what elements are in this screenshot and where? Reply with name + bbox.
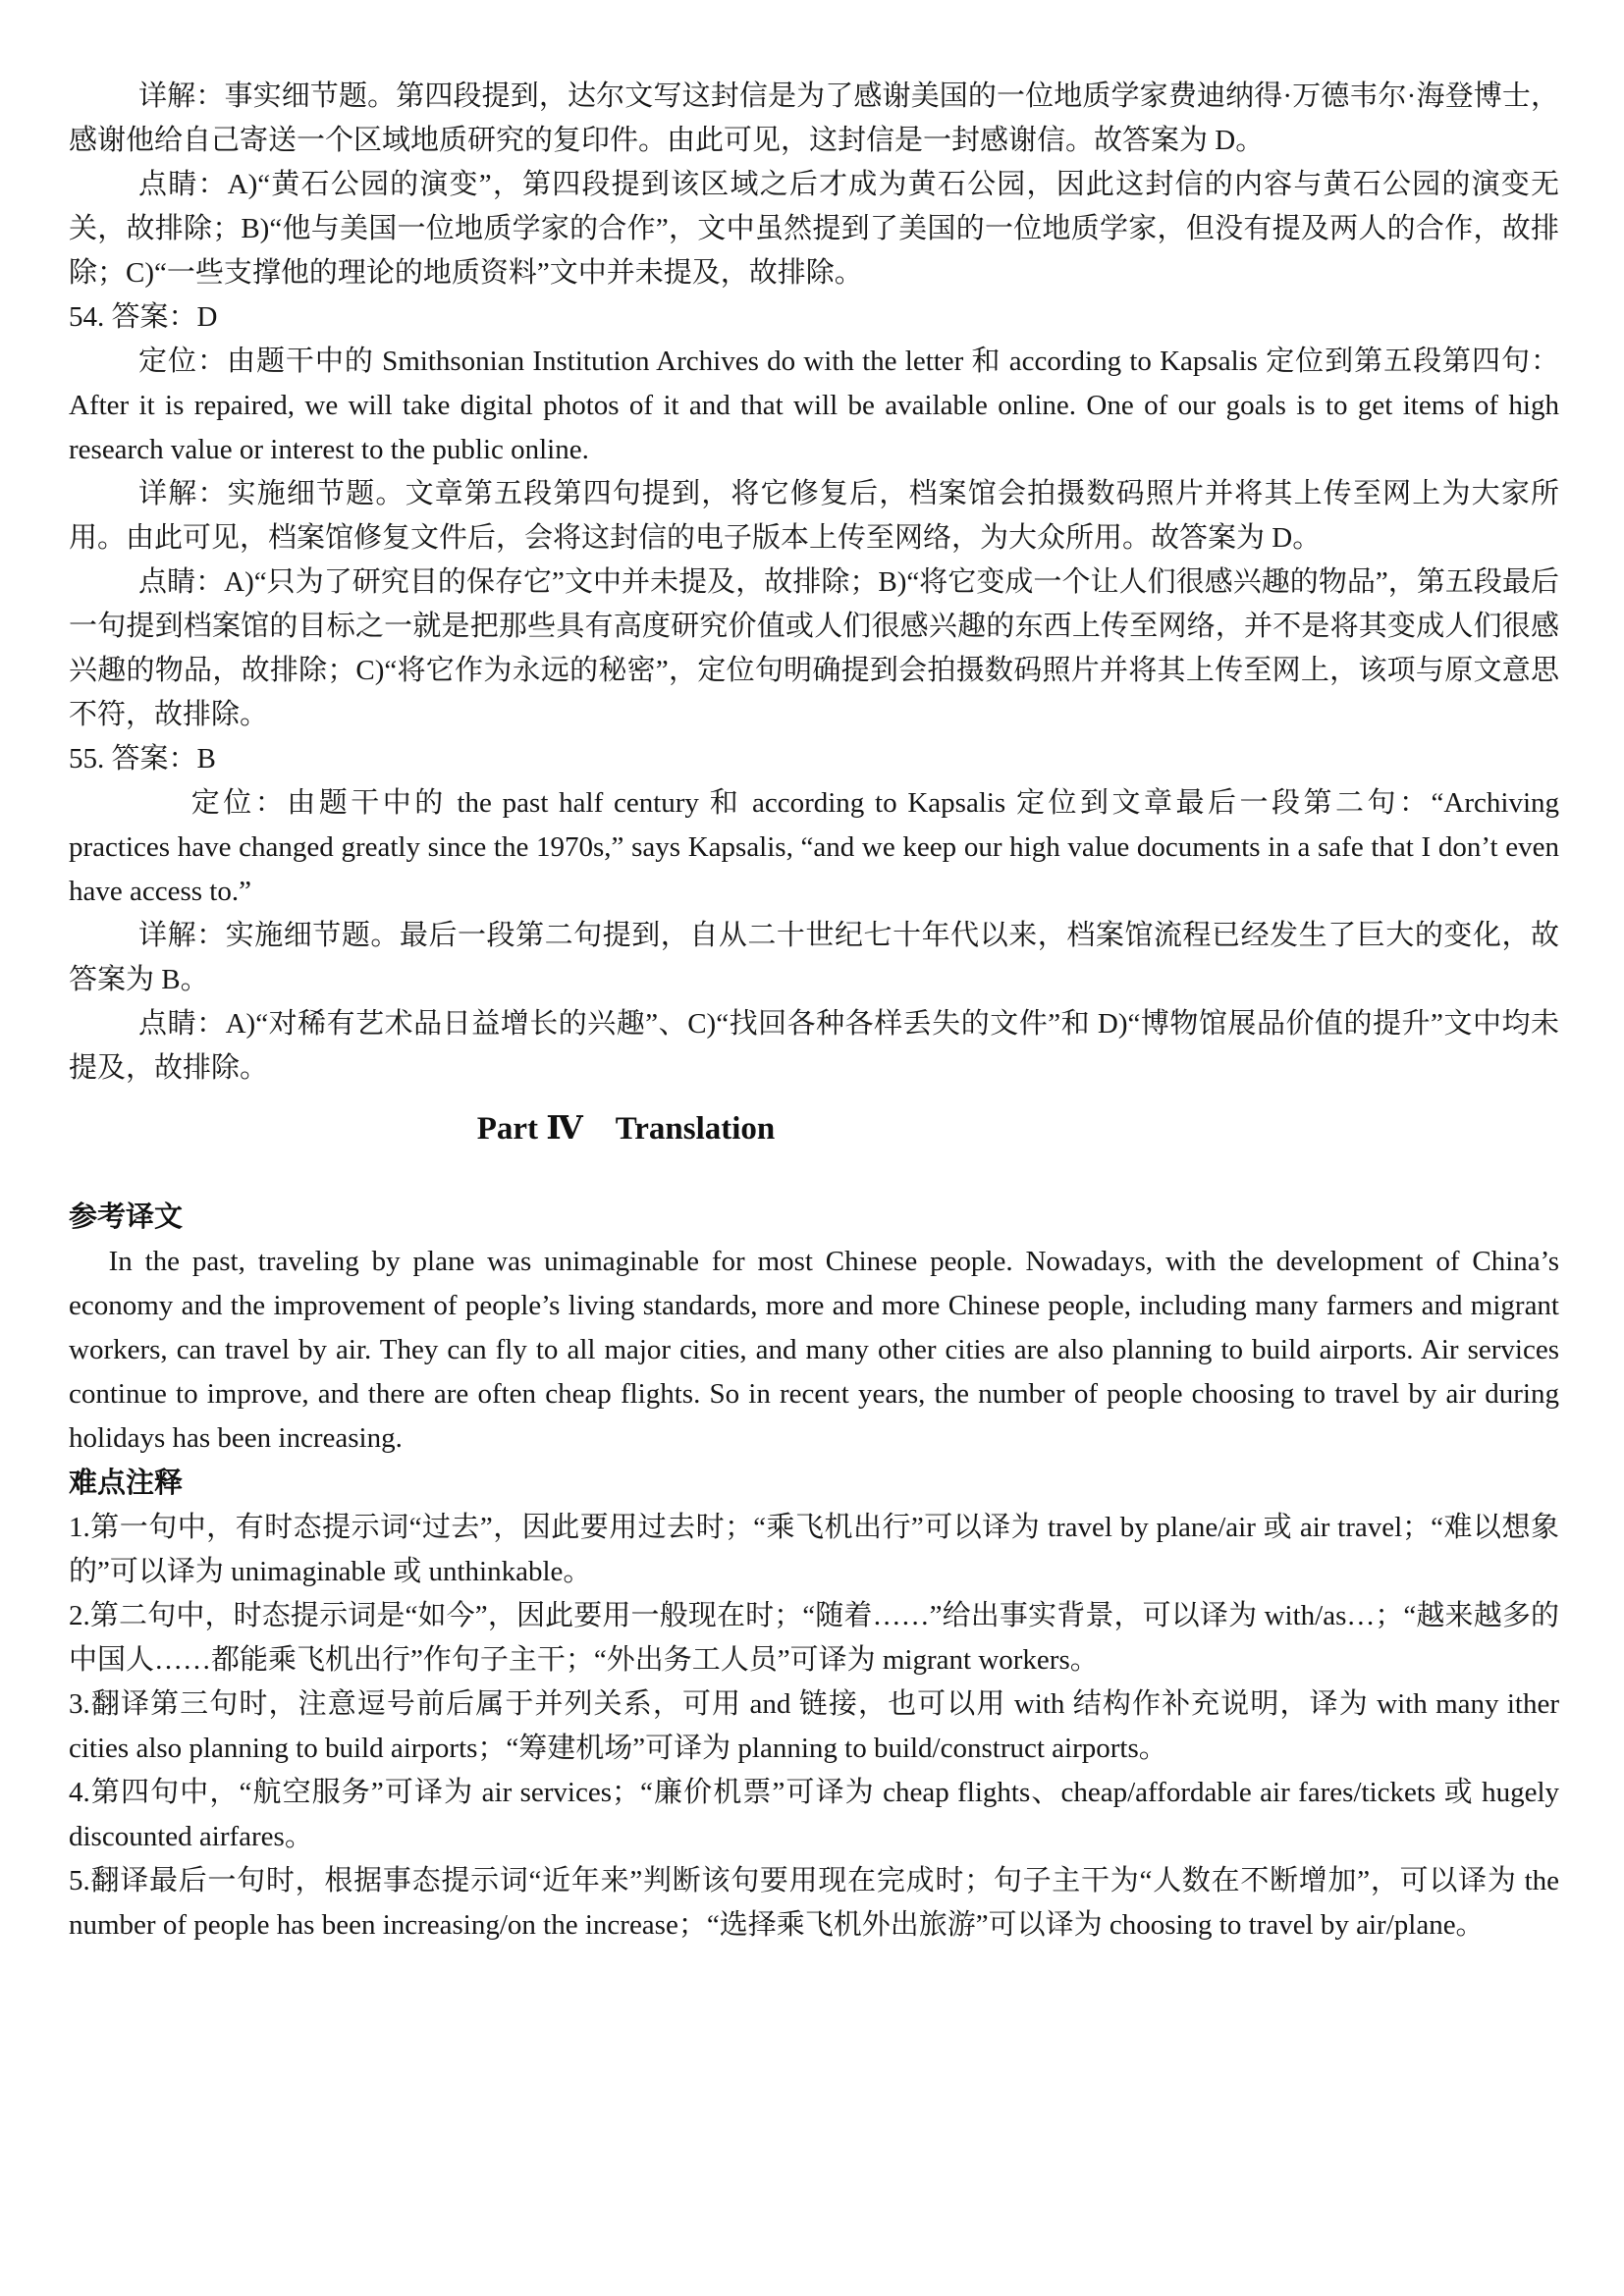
q53-tips-paragraph: 点睛：A)“黄石公园的演变”，第四段提到该区域之后才成为黄石公园，因此这封信的内… [69,163,1559,295]
q53-detail-paragraph: 详解：事实细节题。第四段提到，达尔文写这封信是为了感谢美国的一位地质学家费迪纳得… [69,75,1559,163]
q55-detail-paragraph: 详解：实施细节题。最后一段第二句提到，自从二十世纪七十年代以来，档案馆流程已经发… [69,914,1559,1002]
note-item-4: 4.第四句中，“航空服务”可译为 air services；“廉价机票”可译为 … [69,1771,1559,1859]
reference-translation-paragraph: In the past, traveling by plane was unim… [69,1240,1559,1461]
reference-translation-title: 参考译文 [69,1195,1559,1240]
q54-tips-paragraph: 点睛：A)“只为了研究目的保存它”文中并未提及，故排除；B)“将它变成一个让人们… [69,561,1559,737]
q55-tips-paragraph: 点睛：A)“对稀有艺术品日益增长的兴趣”、C)“找回各种各样丢失的文件”和 D)… [69,1002,1559,1091]
q54-detail-paragraph: 详解：实施细节题。文章第五段第四句提到，将它修复后，档案馆会拍摄数码照片并将其上… [69,472,1559,561]
q54-answer-line: 54. 答案：D [69,295,1559,340]
q55-locate-paragraph: 定位：由题干中的 the past half century 和 accordi… [69,781,1559,914]
note-item-3: 3.翻译第三句时，注意逗号前后属于并列关系，可用 and 链接，也可以用 wit… [69,1682,1559,1771]
q55-answer-line: 55. 答案：B [69,737,1559,781]
q54-locate-paragraph: 定位：由题干中的 Smithsonian Institution Archive… [69,340,1559,472]
note-item-2: 2.第二句中，时态提示词是“如今”，因此要用一般现在时；“随着……”给出事实背景… [69,1594,1559,1682]
note-item-5: 5.翻译最后一句时，根据事态提示词“近年来”判断该句要用现在完成时；句子主干为“… [69,1859,1559,1948]
answer-key-page: 详解：事实细节题。第四段提到，达尔文写这封信是为了感谢美国的一位地质学家费迪纳得… [0,0,1624,2296]
note-item-1: 1.第一句中，有时态提示词“过去”，因此要用过去时；“乘飞机出行”可以译为 tr… [69,1506,1559,1594]
part4-translation-heading: Part Ⅳ Translation [69,1104,1183,1153]
difficult-points-title: 难点注释 [69,1461,1559,1506]
